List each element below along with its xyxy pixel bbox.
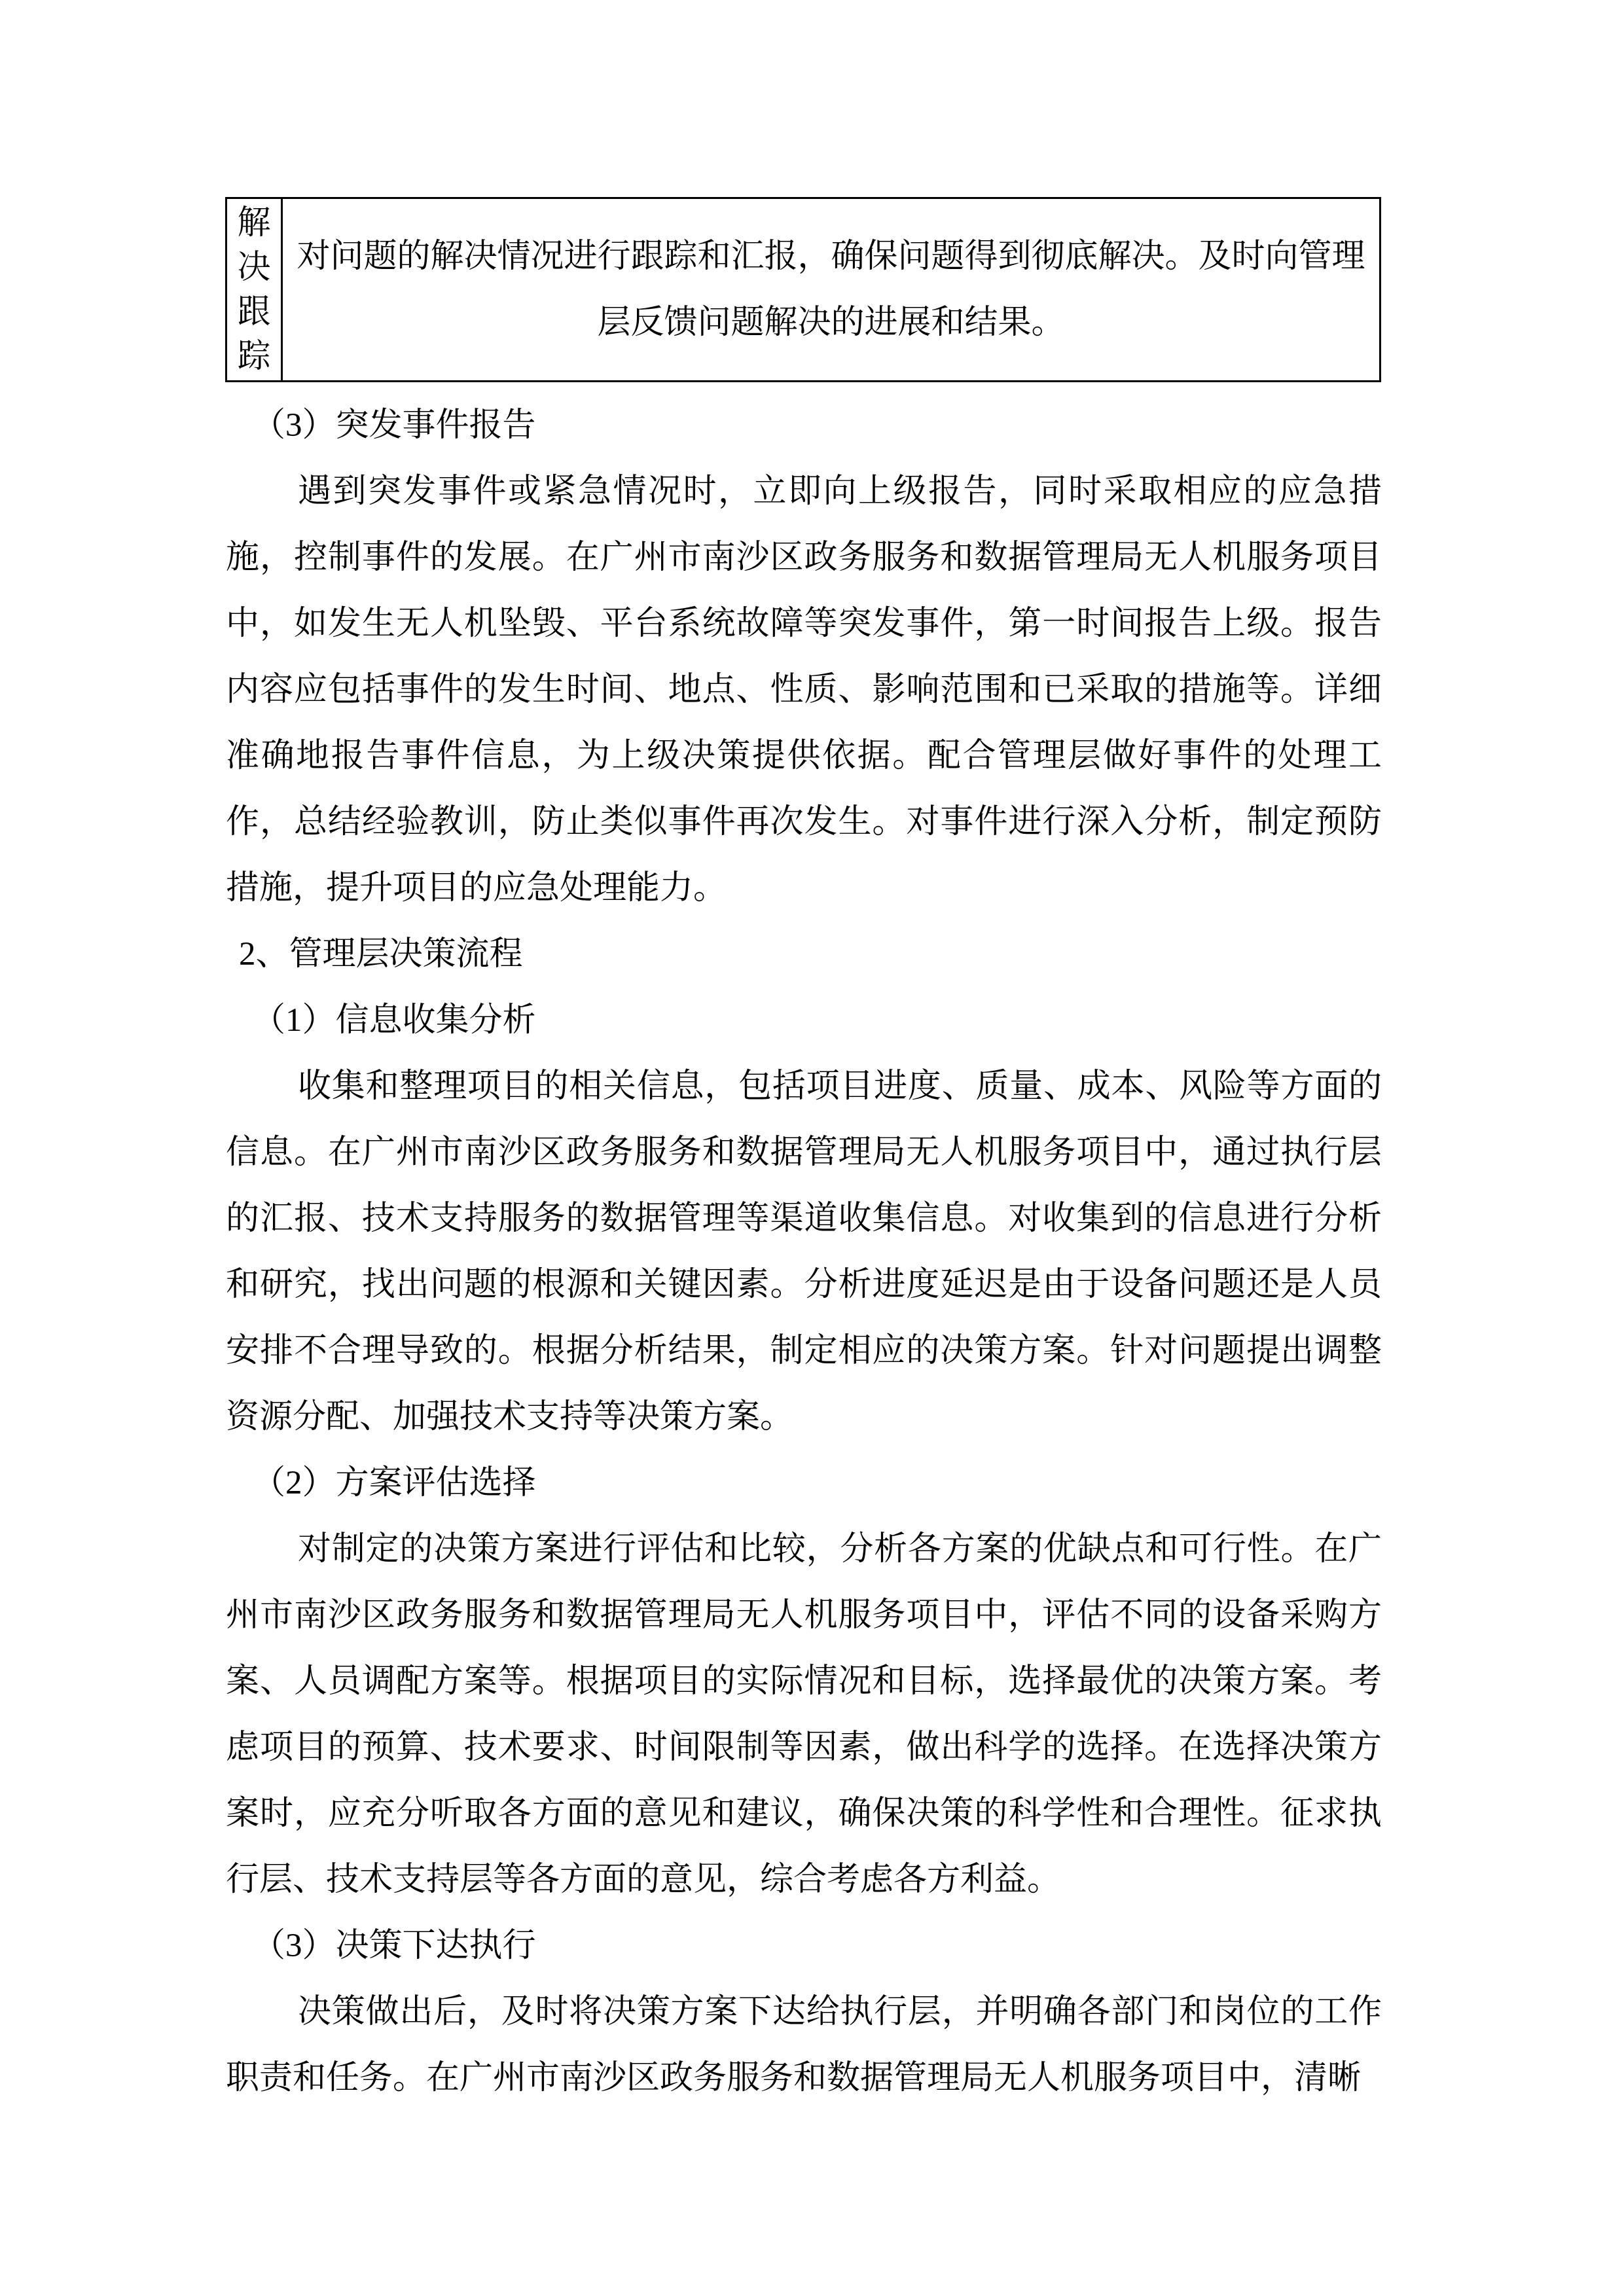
paragraph-info-collection-analysis: 收集和整理项目的相关信息，包括项目进度、质量、成本、风险等方面的信息。在广州市南… [226, 1054, 1382, 1450]
heading-decision-issuance-execution: （3）决策下达执行 [226, 1913, 1382, 1979]
document-body: （3）突发事件报告 遇到突发事件或紧急情况时，立即向上级报告，同时采取相应的应急… [226, 393, 1382, 2111]
table-row-header-label: 解决跟踪 [227, 199, 283, 380]
paragraph-incident-report: 遇到突发事件或紧急情况时，立即向上级报告，同时采取相应的应急措施，控制事件的发展… [226, 459, 1382, 922]
paragraph-decision-issuance-execution: 决策做出后，及时将决策方案下达给执行层，并明确各部门和岗位的工作职责和任务。在广… [226, 1979, 1382, 2111]
solution-tracking-table: 解决跟踪 对问题的解决情况进行跟踪和汇报，确保问题得到彻底解决。及时向管理层反馈… [225, 197, 1381, 382]
heading-incident-report: （3）突发事件报告 [226, 393, 1382, 459]
heading-management-decision-process: 2、管理层决策流程 [226, 922, 1382, 988]
table-row-content-cell: 对问题的解决情况进行跟踪和汇报，确保问题得到彻底解决。及时向管理层反馈问题解决的… [283, 199, 1379, 380]
paragraph-plan-evaluation-selection: 对制定的决策方案进行评估和比较，分析各方案的优缺点和可行性。在广州市南沙区政务服… [226, 1516, 1382, 1913]
document-page: 解决跟踪 对问题的解决情况进行跟踪和汇报，确保问题得到彻底解决。及时向管理层反馈… [0, 0, 1624, 2296]
heading-info-collection-analysis: （1）信息收集分析 [226, 988, 1382, 1054]
heading-plan-evaluation-selection: （2）方案评估选择 [226, 1450, 1382, 1516]
